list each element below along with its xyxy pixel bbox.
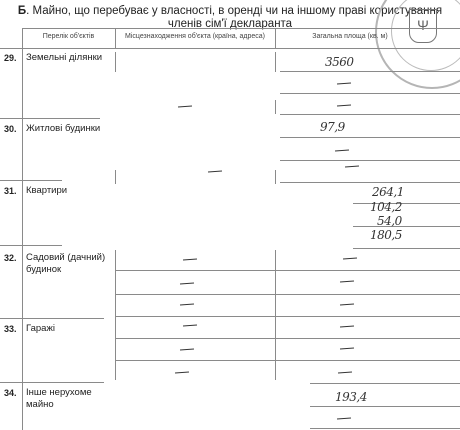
- area-line: [310, 406, 460, 407]
- area-line: [280, 182, 460, 183]
- row-number: 32.: [4, 253, 17, 263]
- col-divider-fragment: [115, 170, 116, 184]
- location-dash: [180, 283, 194, 285]
- area-line: [310, 383, 460, 384]
- area-line: [353, 248, 460, 249]
- area-value: 54,0: [377, 214, 402, 228]
- area-line: [353, 226, 460, 227]
- row-number: 29.: [4, 53, 17, 63]
- area-dash: [337, 105, 351, 107]
- col-divider-1: [22, 28, 23, 430]
- location-dash: [183, 325, 197, 327]
- row-sep-32: [0, 245, 62, 246]
- row-name: Інше нерухоме майно: [26, 387, 106, 411]
- location-dash: [178, 106, 192, 108]
- row-number: 34.: [4, 388, 17, 398]
- row-name: Садовий (дачний) будинок: [26, 252, 116, 276]
- section-letter: Б: [18, 5, 26, 17]
- row-number: 31.: [4, 186, 17, 196]
- area-dash: [343, 258, 357, 260]
- area-value: 104,2: [370, 200, 402, 214]
- area-dash: [340, 326, 354, 328]
- area-line: [115, 316, 460, 317]
- row-number: 33.: [4, 324, 17, 334]
- row-sep-30: [0, 118, 100, 119]
- area-line: [280, 114, 460, 115]
- area-line: [115, 360, 460, 361]
- area-line: [310, 428, 460, 429]
- col-divider-fragment: [275, 250, 276, 380]
- col-divider-fragment: [275, 52, 276, 72]
- area-dash: [338, 372, 352, 374]
- area-line: [280, 93, 460, 94]
- area-value: 193,4: [335, 390, 367, 404]
- area-line: [115, 338, 460, 339]
- row-name: Житлові будинки: [26, 123, 100, 135]
- area-dash: [345, 166, 359, 168]
- location-dash: [183, 259, 197, 261]
- row-name: Земельні ділянки: [26, 52, 102, 64]
- area-dash: [340, 281, 354, 283]
- area-line: [280, 71, 460, 72]
- area-dash: [340, 304, 354, 306]
- location-dash: [208, 171, 222, 173]
- area-value: 3560: [325, 55, 354, 69]
- row-name: Квартири: [26, 185, 67, 197]
- area-value: 180,5: [370, 228, 402, 242]
- row-sep-34: [0, 382, 104, 383]
- header-area: Загальна площа (кв. м): [275, 33, 425, 40]
- col-divider-fragment: [275, 170, 276, 184]
- area-dash: [335, 150, 349, 152]
- row-sep-31: [0, 180, 62, 181]
- row-sep-33: [0, 318, 104, 319]
- location-dash: [175, 372, 189, 374]
- official-stamp: Ψ: [375, 0, 460, 89]
- header-top-border: [22, 28, 460, 29]
- col-divider-fragment: [275, 100, 276, 114]
- col-divider-fragment: [115, 52, 116, 72]
- area-line: [115, 270, 460, 271]
- area-line: [280, 160, 460, 161]
- area-value: 264,1: [372, 185, 404, 199]
- area-line: [115, 294, 460, 295]
- area-dash: [337, 418, 351, 420]
- location-dash: [180, 304, 194, 306]
- area-line: [280, 137, 460, 138]
- area-dash: [340, 348, 354, 350]
- location-dash: [180, 349, 194, 351]
- row-number: 30.: [4, 124, 17, 134]
- header-location: Місцезнаходження об'єкта (країна, адреса…: [115, 33, 275, 40]
- area-dash: [337, 83, 351, 85]
- area-value: 97,9: [320, 120, 345, 134]
- row-name: Гаражі: [26, 323, 55, 335]
- header-bottom-border: [0, 48, 460, 49]
- header-objects: Перелік об'єктів: [22, 33, 115, 40]
